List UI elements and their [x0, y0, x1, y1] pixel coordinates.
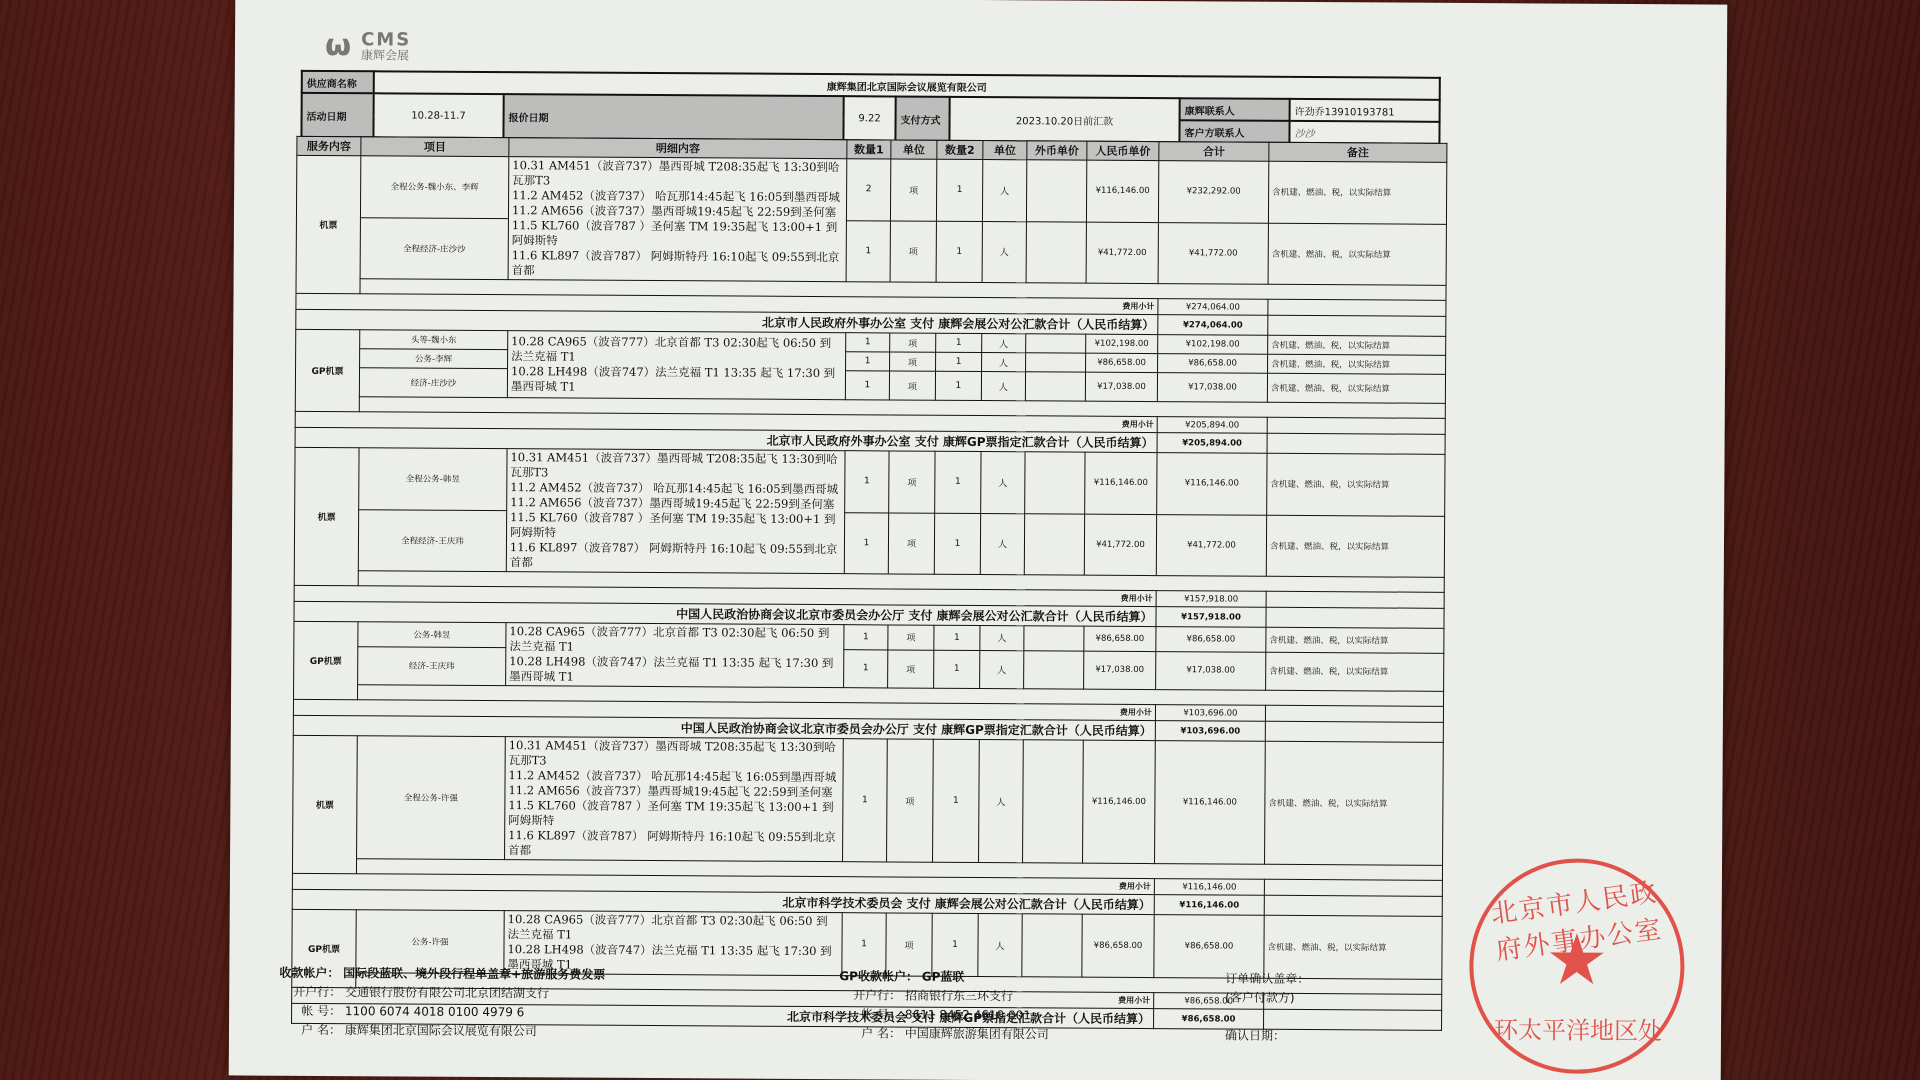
qty2: 1: [936, 333, 982, 352]
rmb-price: ¥116,146.00: [1085, 452, 1157, 514]
quote-date-label: 报价日期: [503, 94, 843, 140]
route-line: 11.6 KL897（波音787） 阿姆斯特丹 16:10起飞 09:55到北京…: [508, 828, 839, 860]
company-logo: ω CMS 康辉会展: [325, 28, 411, 64]
rmb-price: ¥17,038.00: [1084, 651, 1156, 690]
account1-title-value: 国际段蓝联、境外段行程单盖章+旅游服务费发票: [343, 966, 605, 982]
subtotal-value: ¥103,696.00: [1155, 705, 1265, 722]
service-type: 机票: [292, 735, 357, 873]
fx-price: [1025, 372, 1085, 401]
unit2: 人: [980, 650, 1024, 688]
route-line: 10.28 CA965（波音777）北京首都 T3 02:30起飞 06:50 …: [509, 624, 840, 656]
rmb-price: ¥102,198.00: [1086, 334, 1158, 353]
star-icon: ★: [1545, 924, 1608, 994]
table-row: 机票全程公务-魏小东、李辉10.31 AM451（波音737）墨西哥城 T208…: [296, 155, 1446, 224]
account2-number-label: 帐 号：: [839, 1005, 901, 1024]
unit2: 人: [980, 513, 1024, 575]
fx-price: [1024, 626, 1084, 651]
line-total: ¥86,658.00: [1158, 354, 1268, 374]
route-line: 10.31 AM451（波音737）墨西哥城 T208:35起飞 13:30到哈…: [512, 158, 843, 190]
project-name: 全程公务-许强: [357, 736, 506, 860]
line-total: ¥86,658.00: [1156, 627, 1266, 653]
column-header: 人民币单价: [1087, 141, 1159, 160]
fx-price: [1026, 160, 1086, 222]
summary-total: ¥205,894.00: [1157, 433, 1267, 454]
project-name: 头等-魏小东: [360, 330, 508, 350]
unit1: 项: [888, 650, 934, 688]
remark: 含机建、燃油、税，以实际结算: [1265, 741, 1444, 865]
route-line: 11.6 KL897（波音787） 阿姆斯特丹 16:10起飞 09:55到北京…: [510, 540, 841, 572]
table-row: 机票全程公务-许强10.31 AM451（波音737）墨西哥城 T208:35起…: [293, 735, 1444, 865]
subtotal-remark: [1266, 591, 1444, 608]
client-contact-label: 客户方联系人: [1179, 120, 1289, 143]
column-header: 外币单价: [1027, 141, 1087, 160]
remark: 含机建、燃油、税，以实际结算: [1266, 652, 1444, 691]
account1-title-label: 收款帐户：: [279, 966, 339, 980]
column-header: 明细内容: [509, 138, 847, 159]
fx-price: [1024, 513, 1084, 575]
table-row: 机票全程公务-韩昱10.31 AM451（波音737）墨西哥城 T208:35起…: [295, 447, 1445, 516]
subtotal-value: ¥116,146.00: [1154, 879, 1264, 896]
account2-number-value: 8611 8452 4610 001: [905, 1008, 1031, 1023]
project-name: 经济-王庆玮: [358, 647, 506, 686]
payment-label: 支付方式: [895, 96, 949, 140]
summary-remark: [1268, 315, 1446, 336]
remark: 含机建、燃油、税，以实际结算: [1268, 161, 1446, 224]
fx-price: [1026, 353, 1086, 372]
logo-name: 康辉会展: [361, 49, 411, 61]
qty2: 1: [934, 625, 980, 650]
official-seal: 北京市人民政府外事办公室 ★ 环太平洋地区处: [1469, 858, 1685, 1074]
rmb-price: ¥41,772.00: [1086, 222, 1158, 284]
route-line: 10.28 CA965（波音777）北京首都 T3 02:30起飞 06:50 …: [511, 334, 842, 366]
unit1: 项: [888, 625, 934, 650]
summary-remark: [1267, 433, 1445, 454]
line-total: ¥41,772.00: [1158, 222, 1268, 284]
unit1: 项: [888, 512, 934, 574]
column-header: 数量1: [847, 140, 891, 159]
qty2: 1: [933, 739, 980, 862]
seal-label: 订单确认盖章：: [1225, 970, 1309, 990]
confirm-date-label: 确认日期：: [1225, 1027, 1309, 1047]
subtotal-remark: [1267, 417, 1445, 434]
column-header: 服务内容: [297, 136, 361, 155]
unit2: 人: [981, 452, 1025, 514]
qty1: 1: [846, 220, 890, 282]
account1-number-value: 1100 6074 4018 0100 4979 6: [345, 1004, 524, 1019]
account2-bank-value: 招商银行东三环支行: [905, 989, 1013, 1004]
unit2: 人: [980, 626, 1024, 651]
kh-contact-value: 许劲乔13910193781: [1290, 99, 1440, 122]
unit1: 项: [890, 352, 936, 371]
fx-price: [1024, 651, 1084, 689]
line-total: ¥41,772.00: [1156, 514, 1266, 576]
remark: 含机建、燃油、税，以实际结算: [1266, 515, 1444, 578]
qty2: 1: [934, 650, 980, 688]
unit2: 人: [982, 334, 1026, 353]
column-header: 备注: [1269, 142, 1447, 162]
quotation-table: 服务内容项目明细内容数量1单位数量2单位外币单价人民币单价合计备注 机票全程公务…: [291, 136, 1447, 1031]
rmb-price: ¥86,658.00: [1086, 353, 1158, 372]
supplier-label: 供应商名称: [302, 71, 374, 93]
qty1: 1: [843, 739, 888, 862]
remark: 含机建、燃油、税，以实际结算: [1266, 627, 1444, 653]
quotation-document: ω CMS 康辉会展 供应商名称 康辉集团北京国际会议展览有限公司 活动日期 1…: [229, 0, 1728, 1080]
rmb-price: ¥86,658.00: [1084, 626, 1156, 651]
summary-total: ¥103,696.00: [1155, 721, 1265, 742]
order-confirmation: 订单确认盖章： (客户付款方) 确认日期：: [1225, 970, 1309, 1047]
summary-total: ¥116,146.00: [1154, 895, 1264, 916]
account-1: 收款帐户： 国际段蓝联、境外段行程单盖章+旅游服务费发票 开户行： 交通银行股份…: [279, 964, 605, 1042]
account2-name-label: 户 名：: [839, 1024, 901, 1043]
route-details: 10.31 AM451（波音737）墨西哥城 T208:35起飞 13:30到哈…: [506, 449, 845, 574]
route-line: 11.5 KL760（波音787 ）圣何塞 TM 19:35起飞 13:00+1…: [512, 218, 843, 250]
fx-price: [1026, 334, 1086, 353]
logo-brand: CMS: [361, 31, 411, 49]
rmb-price: ¥116,146.00: [1083, 740, 1156, 863]
route-line: 10.28 LH498（波音747）法兰克福 T1 13:35 起飞 17:30…: [509, 654, 840, 686]
line-total: ¥17,038.00: [1157, 373, 1267, 403]
project-name: 经济-庄沙沙: [359, 368, 507, 398]
qty2: 1: [935, 371, 981, 400]
summary-remark: [1264, 895, 1442, 916]
account2-name-value: 中国康辉旅游集团有限公司: [905, 1027, 1049, 1042]
qty2: 1: [936, 352, 982, 371]
route-line: 11.5 KL760（波音787 ）圣何塞 TM 19:35起飞 13:00+1…: [510, 510, 841, 542]
project-name: 全程公务-魏小东、李辉: [360, 156, 508, 218]
service-type: 机票: [296, 155, 361, 293]
qty1: 1: [844, 512, 888, 574]
table-row: 全程经济-王庆玮1项1人¥41,772.00¥41,772.00含机建、燃油、税…: [294, 509, 1444, 578]
summary-total: ¥274,064.00: [1158, 315, 1268, 336]
column-header: 数量2: [937, 140, 983, 159]
remark: 含机建、燃油、税，以实际结算: [1268, 335, 1446, 355]
kh-contact-label: 康辉联系人: [1180, 98, 1290, 121]
rmb-price: ¥86,658.00: [1082, 914, 1154, 977]
account2-title-label: GP收款帐户：: [839, 969, 918, 983]
route-line: 10.31 AM451（波音737）墨西哥城 T208:35起飞 13:30到哈…: [509, 738, 840, 770]
activity-date-label: 活动日期: [301, 93, 373, 137]
subtotal-remark: [1265, 705, 1443, 722]
remark: 含机建、燃油、税，以实际结算: [1268, 354, 1446, 374]
line-total: ¥116,146.00: [1157, 453, 1267, 515]
column-header: 项目: [361, 137, 509, 157]
route-details: 10.31 AM451（波音737）墨西哥城 T208:35起飞 13:30到哈…: [508, 157, 847, 282]
route-line: 11.6 KL897（波音787） 阿姆斯特丹 16:10起飞 09:55到北京…: [512, 248, 843, 280]
project-name: 全程经济-王庆玮: [358, 509, 506, 571]
unit2: 人: [982, 160, 1026, 222]
unit1: 项: [890, 220, 936, 282]
unit2: 人: [981, 372, 1025, 401]
qty1: 1: [846, 352, 890, 371]
project-name: 公务-李辉: [360, 349, 508, 369]
rmb-price: ¥17,038.00: [1085, 372, 1157, 401]
header-info-table: 供应商名称 康辉集团北京国际会议展览有限公司 活动日期 10.28-11.7 报…: [300, 70, 1440, 145]
account1-number-label: 帐 号：: [279, 1002, 341, 1021]
logo-mark-icon: ω: [325, 28, 351, 63]
unit2: 人: [982, 353, 1026, 372]
unit2: 人: [979, 740, 1024, 863]
service-type: GP机票: [294, 621, 358, 699]
qty2: 1: [936, 221, 982, 283]
quote-date-value: 9.22: [843, 96, 895, 140]
project-name: 全程经济-庄沙沙: [360, 217, 508, 279]
qty2: 1: [935, 451, 981, 513]
table-row: 全程经济-庄沙沙1项1人¥41,772.00¥41,772.00含机建、燃油、税…: [296, 217, 1446, 286]
payment-value: 2023.10.20日前汇款: [949, 97, 1179, 142]
project-name: 公务-韩昱: [358, 622, 506, 648]
column-header: 合计: [1159, 142, 1269, 162]
qty1: 1: [845, 371, 889, 400]
remark: 含机建、燃油、税，以实际结算: [1267, 373, 1445, 403]
remark: 含机建、燃油、税，以实际结算: [1267, 453, 1445, 516]
summary-remark: [1265, 721, 1443, 742]
summary-remark: [1266, 607, 1444, 628]
unit1: 项: [890, 333, 936, 352]
account2-bank-label: 开户行：: [839, 986, 901, 1005]
qty2: 1: [936, 159, 982, 221]
rmb-price: ¥41,772.00: [1084, 514, 1156, 576]
rmb-price: ¥116,146.00: [1086, 160, 1158, 222]
line-total: ¥102,198.00: [1158, 335, 1268, 355]
unit1: 项: [890, 159, 936, 221]
subtotal-remark: [1268, 299, 1446, 316]
route-line: 11.5 KL760（波音787 ）圣何塞 TM 19:35起飞 13:00+1…: [508, 798, 839, 830]
subtotal-remark: [1264, 879, 1442, 896]
activity-date-value: 10.28-11.7: [373, 93, 503, 138]
unit1: 项: [889, 451, 935, 513]
fx-price: [1025, 452, 1085, 514]
summary-total: ¥157,918.00: [1156, 607, 1266, 628]
route-line: 10.28 CA965（波音777）北京首都 T3 02:30起飞 06:50 …: [508, 912, 839, 944]
project-name: 全程公务-韩昱: [359, 448, 507, 510]
account1-bank-value: 交通银行股份有限公司北京团结湖支行: [345, 985, 549, 1000]
route-details: 10.28 CA965（波音777）北京首都 T3 02:30起飞 06:50 …: [507, 331, 845, 400]
account1-name-value: 康辉集团北京国际会议展览有限公司: [345, 1023, 537, 1038]
service-type: 机票: [294, 447, 359, 585]
qty2: 1: [934, 513, 980, 575]
unit1: 项: [887, 739, 934, 862]
fx-price: [1023, 740, 1084, 863]
route-details: 10.31 AM451（波音737）墨西哥城 T208:35起飞 13:30到哈…: [505, 737, 844, 862]
line-total: ¥17,038.00: [1156, 652, 1266, 691]
remark: 含机建、燃油、税，以实际结算: [1268, 223, 1446, 286]
column-header: 单位: [983, 141, 1027, 160]
fx-price: [1026, 221, 1086, 283]
qty1: 1: [845, 451, 889, 513]
account1-bank-label: 开户行：: [279, 983, 341, 1002]
qty1: 1: [844, 625, 888, 650]
route-details: 10.28 CA965（波音777）北京首都 T3 02:30起飞 06:50 …: [506, 623, 844, 688]
unit2: 人: [982, 221, 1026, 283]
qty1: 1: [844, 650, 888, 688]
seal-bottom-text: 环太平洋地区处: [1493, 1010, 1663, 1046]
payer-label: (客户付款方): [1225, 989, 1309, 1009]
subtotal-value: ¥274,064.00: [1158, 299, 1268, 316]
account-2: GP收款帐户： GP蓝联 开户行： 招商银行东三环支行 帐 号： 8611 84…: [839, 967, 1049, 1044]
line-total: ¥232,292.00: [1158, 161, 1268, 223]
subtotal-value: ¥205,894.00: [1157, 417, 1267, 434]
service-type: GP机票: [295, 329, 359, 411]
subtotal-value: ¥157,918.00: [1156, 591, 1266, 608]
qty1: 1: [846, 333, 890, 352]
qty1: 2: [846, 159, 890, 221]
line-total: ¥116,146.00: [1155, 741, 1266, 865]
client-contact-value: 沙沙: [1289, 121, 1439, 144]
account1-name-label: 户 名：: [279, 1021, 341, 1040]
account2-title-value: GP蓝联: [922, 970, 965, 984]
column-header: 单位: [891, 140, 937, 159]
route-line: 10.28 LH498（波音747）法兰克福 T1 13:35 起飞 17:30…: [511, 364, 842, 396]
route-line: 10.31 AM451（波音737）墨西哥城 T208:35起飞 13:30到哈…: [510, 450, 841, 482]
unit1: 项: [889, 371, 935, 400]
